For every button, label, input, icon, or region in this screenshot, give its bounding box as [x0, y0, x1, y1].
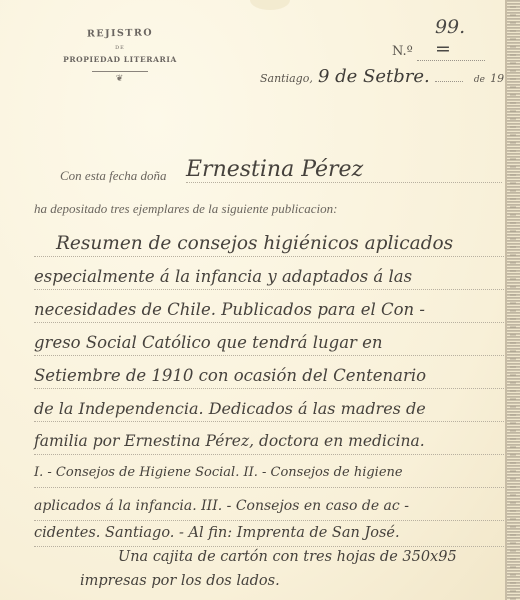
publication-line: aplicados á la infancia. III. - Consejos…	[34, 498, 409, 514]
registry-title: REJISTRO	[58, 27, 182, 40]
date-line: Santiago, 9 de Setbre. de 1910.	[260, 66, 520, 87]
depositor-rule	[186, 182, 502, 183]
registry-header: REJISTRO DE PROPIEDAD LITERARIA ❦	[58, 28, 182, 84]
registry-subtitle: PROPIEDAD LITERARIA	[58, 55, 182, 64]
line-rule	[34, 355, 504, 356]
date-de-label: de	[474, 75, 485, 85]
publication-line: greso Social Católico que tendrá lugar e…	[34, 333, 383, 352]
publication-line: I. - Consejos de Higiene Social. II. - C…	[34, 465, 403, 480]
publication-line: necesidades de Chile. Publicados para el…	[34, 300, 425, 319]
date-day-month: 9 de Setbre.	[318, 66, 430, 87]
line-rule	[34, 454, 504, 455]
line-rule	[34, 421, 504, 422]
deposit-statement: ha depositado tres ejemplares de la sigu…	[34, 201, 337, 217]
line-rule	[34, 487, 504, 488]
ornament-rule	[92, 71, 148, 72]
publication-line: especialmente á la infancia y adaptados …	[34, 267, 412, 286]
number-label: N.º	[392, 44, 413, 59]
line-rule	[34, 520, 504, 521]
publication-line: de la Independencia. Dedicados á las mad…	[34, 399, 426, 418]
depositor-printed-label: Con esta fecha doña	[60, 168, 167, 184]
line-rule	[34, 256, 504, 257]
publication-line: cidentes. Santiago. - Al fin: Imprenta d…	[34, 525, 400, 541]
note-line: impresas por los dos lados.	[80, 573, 280, 589]
paper-stain	[250, 0, 290, 10]
registry-de: DE	[58, 45, 182, 51]
date-city: Santiago,	[260, 72, 313, 85]
note-line: Una cajita de cartón con tres hojas de 3…	[118, 549, 457, 565]
publication-line: familia por Ernestina Pérez, doctora en …	[34, 432, 425, 450]
decorative-border	[505, 0, 520, 600]
publication-line: Setiembre de 1910 con ocasión del Centen…	[34, 366, 426, 385]
date-dotted-fill	[435, 81, 463, 82]
depositor-name: Ernestina Pérez	[186, 157, 363, 182]
line-rule	[34, 289, 504, 290]
registry-number: N.º 99. =	[392, 16, 485, 61]
publication-line: Resumen de consejos higiénicos aplicados	[56, 233, 453, 254]
flourish-ornament-icon: ❦	[58, 74, 182, 84]
line-rule	[34, 546, 504, 547]
line-rule	[34, 388, 504, 389]
number-value: 99. =	[417, 16, 485, 61]
line-rule	[34, 322, 504, 323]
